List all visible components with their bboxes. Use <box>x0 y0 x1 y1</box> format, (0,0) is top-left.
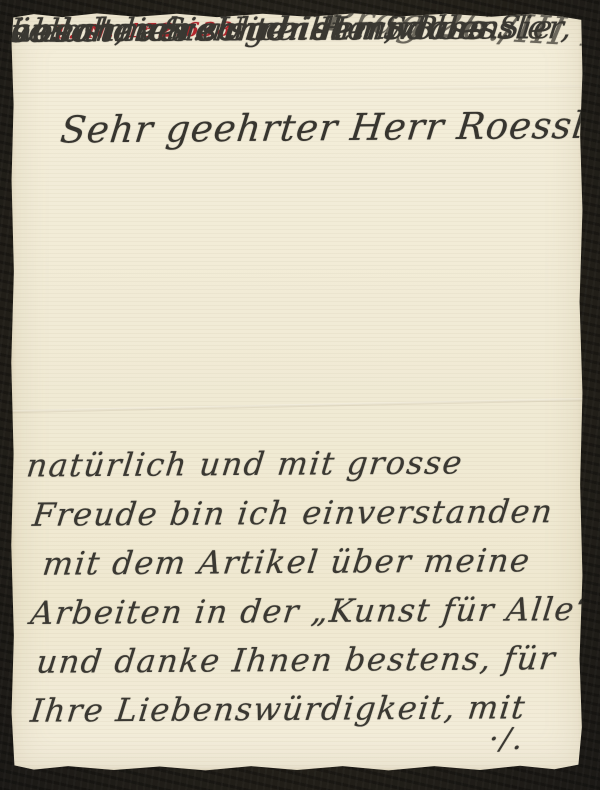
paper-crease <box>11 398 583 413</box>
letter-line: Arbeiten in der „Kunst für Alle“ <box>29 593 583 629</box>
letter-page: 1. N. 152.638 Prag 26./III 1914 Sehr gee… <box>11 13 583 773</box>
letter-line: und danke Ihnen bestens, für <box>35 642 558 678</box>
paper-crease <box>11 85 583 94</box>
letter-line: natürlich und mit grosse <box>25 446 465 481</box>
letter-line: über mich schreiben wollen. <box>11 13 515 47</box>
scan-background: 1. N. 152.638 Prag 26./III 1914 Sehr gee… <box>0 0 600 790</box>
salutation-line: Sehr geehrter Herr Roessler, <box>59 106 583 148</box>
letter-line: mit dem Artikel über meine <box>41 544 532 579</box>
letter-line: Ihre Liebenswürdigkeit, mit <box>29 691 528 726</box>
letter-line: Freude bin ich einverstanden <box>31 495 555 531</box>
continuation-mark: ·/. <box>487 725 525 755</box>
